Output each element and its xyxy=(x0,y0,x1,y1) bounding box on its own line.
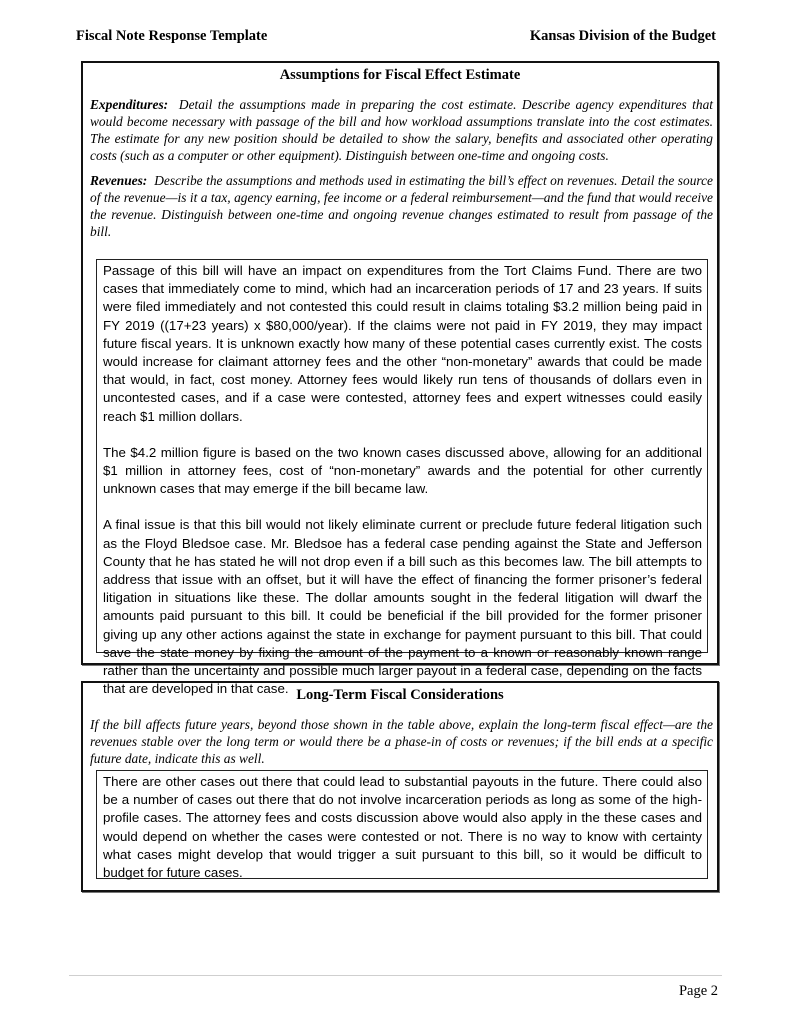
long-term-title: Long-Term Fiscal Considerations xyxy=(83,687,717,704)
long-term-instructions: If the bill affects future years, beyond… xyxy=(90,716,713,767)
assumptions-section: Assumptions for Fiscal Effect Estimate E… xyxy=(81,61,719,665)
revenues-label: Revenues: xyxy=(90,173,147,188)
assumptions-response-field[interactable]: Passage of this bill will have an impact… xyxy=(96,259,708,653)
response-paragraph: Passage of this bill will have an impact… xyxy=(103,262,702,426)
header-agency-name: Kansas Division of the Budget xyxy=(530,28,716,45)
expenditures-label: Expenditures: xyxy=(90,97,168,112)
response-paragraph: A final issue is that this bill would no… xyxy=(103,516,702,698)
assumptions-title: Assumptions for Fiscal Effect Estimate xyxy=(83,67,717,84)
long-term-section: Long-Term Fiscal Considerations If the b… xyxy=(81,681,719,892)
response-paragraph: The $4.2 million figure is based on the … xyxy=(103,444,702,499)
expenditures-text: Detail the assumptions made in preparing… xyxy=(90,97,713,163)
revenues-instructions: Revenues: Describe the assumptions and m… xyxy=(90,172,713,240)
footer-divider xyxy=(69,975,722,976)
page-number: Page 2 xyxy=(679,983,718,1000)
revenues-text: Describe the assumptions and methods use… xyxy=(90,173,713,239)
long-term-response-field[interactable]: There are other cases out there that cou… xyxy=(96,770,708,879)
header-template-title: Fiscal Note Response Template xyxy=(76,28,267,45)
response-paragraph: There are other cases out there that cou… xyxy=(103,773,702,882)
expenditures-instructions: Expenditures: Detail the assumptions mad… xyxy=(90,96,713,164)
